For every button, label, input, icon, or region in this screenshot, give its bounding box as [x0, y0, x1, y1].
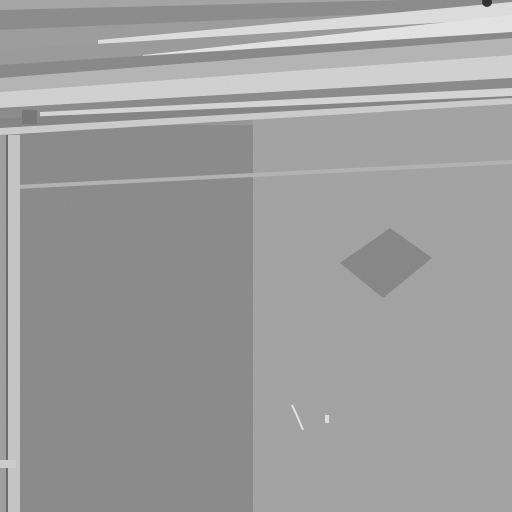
left-edge-strip: [8, 135, 20, 512]
right-slab: [253, 95, 512, 512]
aerial-photo-canvas: [0, 0, 512, 512]
aerial-photo: [0, 0, 512, 512]
left-edge-line: [0, 135, 7, 512]
